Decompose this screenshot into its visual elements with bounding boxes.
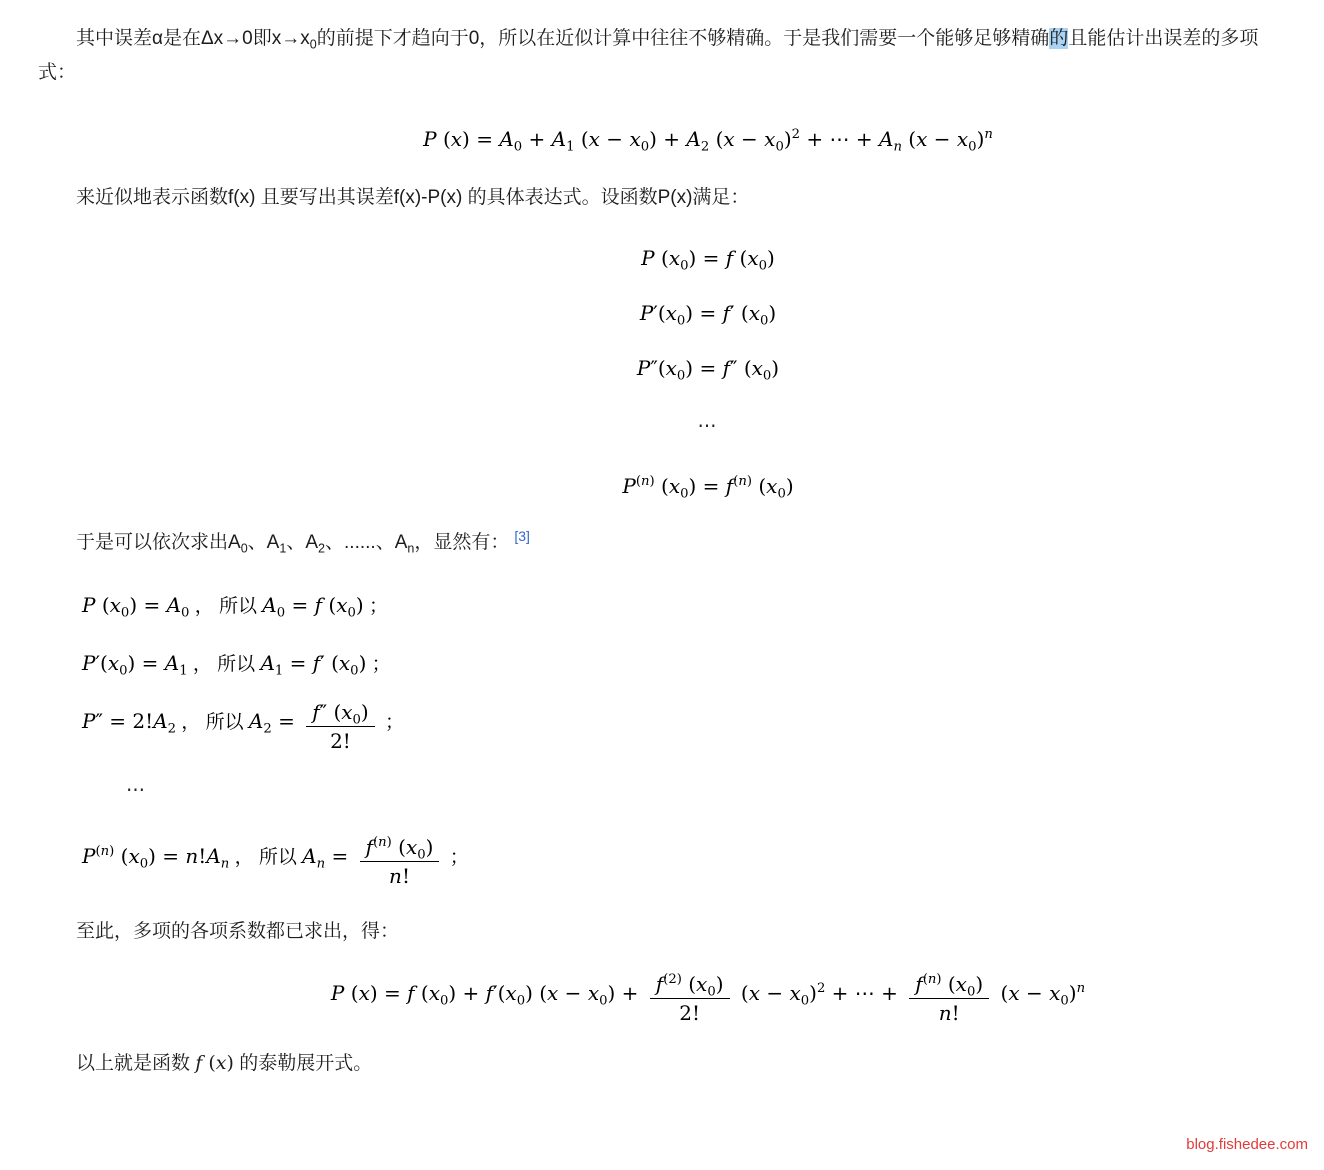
text-run: ， 所以 [188, 654, 261, 675]
math-variable: x [957, 127, 968, 151]
math-variable: x [749, 301, 760, 325]
text-run: ， 所以 [189, 596, 262, 617]
subscript: 0 [241, 542, 248, 556]
math-variable: x [666, 301, 677, 325]
math-roman: ″( [650, 356, 665, 380]
formula-taylor-expansion: P (x) = f (x0) + f′(x0) (x − x0) + f(2) … [122, 971, 1294, 1026]
math-variable: n [317, 856, 326, 871]
math-roman: ( [682, 972, 696, 996]
math-variable: n [378, 835, 387, 850]
math-roman: + ⋯ + [825, 981, 904, 1005]
math-variable: A [153, 709, 167, 733]
math-roman: ( [994, 981, 1008, 1005]
superscript: n [1077, 981, 1086, 996]
math-roman: 2! [679, 1001, 700, 1025]
math-roman: ( [344, 981, 358, 1005]
math-roman: ( [902, 127, 916, 151]
fraction-denominator: n! [909, 998, 989, 1026]
math-variable: f [315, 593, 322, 617]
math-variable: x [916, 127, 927, 151]
math-roman: ′ ( [730, 301, 749, 325]
math-roman: − [760, 981, 789, 1005]
subscript: 0 [777, 487, 785, 502]
text-run: 的泰勒展开式。 [234, 1053, 372, 1074]
math-variable: f [486, 981, 493, 1005]
math-variable: A [260, 651, 274, 675]
math-variable: A [206, 844, 220, 868]
math-variable: x [629, 127, 640, 151]
math-variable: x [341, 700, 352, 724]
paragraph-all-coefficients-found: 至此，多项的各项系数都已求出，得： [38, 915, 1294, 949]
math-variable: n [389, 864, 402, 888]
math-variable: f [915, 972, 922, 996]
subscript: 0 [517, 993, 525, 1008]
math-variable: A [302, 844, 316, 868]
site-watermark: blog.fishedee.com [1186, 1136, 1308, 1153]
math-roman: ) ( [525, 981, 547, 1005]
math-roman: ) = [129, 593, 166, 617]
math-variable: f [312, 700, 319, 724]
subscript: 0 [353, 713, 361, 728]
math-variable: x [666, 356, 677, 380]
math-roman: ( [942, 972, 956, 996]
math-variable: x [589, 127, 600, 151]
math-roman: ) + [649, 127, 686, 151]
math-roman: ( [752, 474, 766, 498]
math-roman: − [735, 127, 764, 151]
superscript: (n) [373, 835, 392, 850]
fraction-denominator: 2! [650, 998, 730, 1026]
math-roman: ) = [688, 246, 725, 270]
math-variable: x [669, 474, 680, 498]
math-variable: x [956, 972, 967, 996]
math-roman: ( [655, 474, 669, 498]
math-variable: x [752, 356, 763, 380]
article-content: 其中误差α是在Δx→0即x→x0的前提下才趋向于0，所以在近似计算中往往不够精确… [38, 22, 1294, 1081]
math-roman: ) [771, 356, 779, 380]
math-variable: x [749, 981, 760, 1005]
math-roman: − [1020, 981, 1049, 1005]
subscript: 0 [350, 663, 358, 678]
math-variable: x [110, 593, 121, 617]
math-roman: ) + [607, 981, 644, 1005]
formula-polynomial: P (x) = A0 + A1 (x − x0) + A2 (x − x0)2 … [122, 124, 1294, 155]
superscript: (n) [923, 972, 942, 987]
math-variable: n [893, 140, 902, 155]
math-roman: ) [361, 700, 369, 724]
subscript: n [893, 140, 902, 155]
math-variable: f [407, 981, 414, 1005]
equation-p-equals-f: P (x0) = f (x0) [122, 243, 1294, 274]
ellipsis-center: ⋯ [122, 412, 1294, 441]
math-roman: = [285, 593, 314, 617]
text-run: 的前提下才趋向于0，所以在近似计算中往往不够精确。于是我们需要一个能够足够精确 [317, 28, 1050, 49]
math-roman: ( [95, 593, 109, 617]
math-roman: ( [437, 127, 451, 151]
text-run: 于是可以依次求出A [76, 532, 241, 553]
math-variable: x [108, 651, 119, 675]
math-roman: ( [735, 981, 749, 1005]
fraction: f(2) (x0)2! [650, 971, 730, 1026]
text-run: ； [380, 712, 404, 733]
math-roman: ) [227, 1052, 234, 1074]
math-roman: ) [767, 246, 775, 270]
math-variable: x [336, 593, 347, 617]
subscript: 0 [801, 993, 809, 1008]
math-roman: ) [809, 981, 817, 1005]
math-variable: x [216, 1052, 227, 1074]
math-roman: ⋯ [698, 415, 719, 437]
text-run: 以上就是函数 [76, 1053, 195, 1074]
math-roman: − [558, 981, 587, 1005]
superscript: (n) [636, 475, 655, 490]
math-roman: ′ ( [320, 651, 339, 675]
math-variable: x [451, 127, 462, 151]
math-variable: x [339, 651, 350, 675]
fraction-denominator: 2! [306, 726, 375, 754]
subscript: 2 [701, 140, 709, 155]
math-roman: = [283, 651, 312, 675]
math-roman: ( [202, 1052, 215, 1074]
text-run: ； [366, 654, 390, 675]
math-roman: + [522, 127, 551, 151]
math-variable: P [82, 651, 95, 675]
subscript: 0 [759, 259, 767, 274]
math-variable: P [82, 593, 95, 617]
subscript: 0 [347, 606, 355, 621]
fraction: f(n) (x0)n! [360, 834, 440, 889]
math-variable: x [429, 981, 440, 1005]
superscript: n [984, 127, 993, 142]
math-roman: ( [415, 981, 429, 1005]
text-run: ， 所以 [229, 847, 302, 868]
math-variable: x [764, 127, 775, 151]
subscript: 2 [263, 722, 271, 737]
math-roman: − [927, 127, 956, 151]
fraction-numerator: f(n) (x0) [909, 971, 989, 998]
math-roman: ( [114, 844, 128, 868]
math-variable: A [167, 593, 181, 617]
math-roman: ′( [493, 981, 505, 1005]
paragraph-solve-coefficients: 于是可以依次求出A0、A1、A2、......、An，显然有：[3] [38, 526, 1294, 560]
math-variable: x [505, 981, 516, 1005]
math-variable: n [185, 844, 198, 868]
subscript: 2 [168, 722, 176, 737]
math-roman: ) [784, 127, 792, 151]
math-variable: A [686, 127, 700, 151]
subscript: 0 [968, 140, 976, 155]
math-variable: P [641, 246, 654, 270]
subscript: 0 [140, 856, 148, 871]
fraction-denominator: n! [360, 861, 440, 889]
math-variable: P [637, 356, 650, 380]
math-variable: A [552, 127, 566, 151]
equation-p-n-equals-f-n: P(n) (x0) = f(n) (x0) [122, 471, 1294, 502]
subscript: 0 [707, 984, 715, 999]
math-variable: f [723, 301, 730, 325]
text-run: 至此，多项的各项系数都已求出，得： [76, 921, 399, 942]
math-variable: P [423, 127, 436, 151]
document-body: 其中误差α是在Δx→0即x→x0的前提下才趋向于0，所以在近似计算中往往不够精确… [38, 22, 1294, 1081]
math-roman: ) [1069, 981, 1077, 1005]
math-roman: + ⋯ + [800, 127, 879, 151]
math-roman: ( [655, 246, 669, 270]
math-roman: ⋯ [126, 779, 147, 801]
text-run: 来近似地表示函数f(x) 且要写出其误差f(x)-P(x) 的具体表达式。设函数… [76, 187, 749, 208]
math-variable: x [1008, 981, 1019, 1005]
math-variable: f [723, 356, 730, 380]
paragraph-conclusion: 以上就是函数 f (x) 的泰勒展开式。 [38, 1046, 1294, 1081]
math-roman: − [600, 127, 629, 151]
text-run: ，显然有： [414, 532, 509, 553]
paragraph-approximation: 来近似地表示函数f(x) 且要写出其误差f(x)-P(x) 的具体表达式。设函数… [38, 181, 1294, 215]
math-variable: x [723, 127, 734, 151]
superscript: (n) [95, 844, 114, 859]
fraction-numerator: f(2) (x0) [650, 971, 730, 998]
math-variable: A [249, 709, 263, 733]
math-variable: x [406, 835, 417, 859]
superscript: 2 [792, 127, 800, 142]
math-variable: x [696, 972, 707, 996]
highlighted-text: 的 [1049, 28, 1068, 49]
equation-a1: P′(x0) = A1 ， 所以 A1 = f′ (x0) ； [82, 648, 1294, 679]
subscript: 1 [566, 140, 574, 155]
math-roman: ) = [370, 981, 407, 1005]
subscript: 0 [1060, 993, 1068, 1008]
math-variable: A [165, 651, 179, 675]
subscript: 0 [514, 140, 522, 155]
equation-a0: P (x0) = A0 ， 所以 A0 = f (x0) ； [82, 590, 1294, 621]
subscript: 0 [417, 847, 425, 862]
superscript: (n) [733, 475, 752, 490]
math-roman: = [272, 709, 301, 733]
math-variable: n [984, 127, 993, 142]
equation-a2: P″ = 2!A2 ， 所以 A2 = f″ (x0)2! ； [82, 699, 1294, 754]
subscript: 0 [775, 140, 783, 155]
math-roman: ) = [148, 844, 185, 868]
math-variable: x [1049, 981, 1060, 1005]
math-roman: ) [786, 474, 794, 498]
subscript: 1 [179, 663, 187, 678]
text-run: ； [444, 847, 468, 868]
math-roman: ) = [688, 474, 725, 498]
math-variable: P [640, 301, 653, 325]
text-run: 、A [248, 532, 280, 553]
fraction-numerator: f(n) (x0) [360, 834, 440, 861]
math-roman: ) [716, 972, 724, 996]
math-roman: ″ ( [320, 700, 342, 724]
math-variable: A [879, 127, 893, 151]
math-roman: ) + [448, 981, 485, 1005]
math-roman: ) = [685, 356, 722, 380]
math-roman: ! [402, 864, 410, 888]
math-variable: P [622, 474, 635, 498]
text-run: 、A [286, 532, 318, 553]
math-roman: ( [709, 127, 723, 151]
math-roman: ! [952, 1001, 960, 1025]
math-variable: x [547, 981, 558, 1005]
ref-link[interactable]: [3] [514, 528, 530, 544]
text-run: 其中误差α是在Δx→0即x→x [76, 28, 310, 49]
superscript: (2) [663, 972, 682, 987]
equation-p-doubleprime-equals-f-doubleprime: P″(x0) = f″ (x0) [122, 353, 1294, 384]
math-variable: P [331, 981, 344, 1005]
math-variable: x [789, 981, 800, 1005]
math-roman: ) = [127, 651, 164, 675]
math-variable: x [766, 474, 777, 498]
paragraph-error-intro: 其中误差α是在Δx→0即x→x0的前提下才趋向于0，所以在近似计算中往往不够精确… [38, 22, 1294, 90]
subscript: 2 [318, 542, 325, 556]
fraction: f(n) (x0)n! [909, 971, 989, 1026]
math-variable: A [262, 593, 276, 617]
math-roman: ( [392, 835, 406, 859]
math-variable: n [101, 844, 110, 859]
subscript: 0 [310, 37, 317, 51]
math-variable: x [128, 844, 139, 868]
math-roman: ″ ( [730, 356, 752, 380]
fraction: f″ (x0)2! [306, 699, 375, 754]
math-variable: x [669, 246, 680, 270]
math-variable: x [359, 981, 370, 1005]
math-roman: ( [575, 127, 589, 151]
math-roman: ′( [95, 651, 107, 675]
math-roman: ) [975, 972, 983, 996]
math-roman: ) [426, 835, 434, 859]
math-variable: n [939, 1001, 952, 1025]
math-roman: ( [733, 246, 747, 270]
equation-p-prime-equals-f-prime: P′(x0) = f′ (x0) [122, 298, 1294, 329]
subscript: n [317, 856, 326, 871]
math-variable: f [366, 835, 373, 859]
math-variable: n [1077, 981, 1086, 996]
math-roman: ( [322, 593, 336, 617]
math-variable: P [82, 709, 95, 733]
equation-an: P(n) (x0) = n!An ， 所以 An = f(n) (x0)n! ； [82, 834, 1294, 889]
math-roman: ) [768, 301, 776, 325]
math-variable: x [747, 246, 758, 270]
text-run: ， 所以 [176, 712, 249, 733]
math-roman: ″ = 2! [95, 709, 153, 733]
math-variable: x [588, 981, 599, 1005]
math-roman: ) = [462, 127, 499, 151]
subscript: 0 [277, 606, 285, 621]
math-roman: ) = [685, 301, 722, 325]
text-run: 、......、A [325, 532, 407, 553]
math-variable: P [82, 844, 95, 868]
math-variable: A [499, 127, 513, 151]
fraction-numerator: f″ (x0) [306, 699, 375, 726]
math-roman: ) [356, 593, 364, 617]
math-roman: 2! [330, 729, 351, 753]
subscript: 0 [641, 140, 649, 155]
math-variable: n [738, 475, 747, 490]
math-roman: ′( [653, 301, 665, 325]
text-run: ； [364, 596, 388, 617]
math-roman: = [325, 844, 354, 868]
reference-superscript: [3] [509, 530, 530, 544]
ellipsis-left: ⋯ [126, 776, 1294, 805]
